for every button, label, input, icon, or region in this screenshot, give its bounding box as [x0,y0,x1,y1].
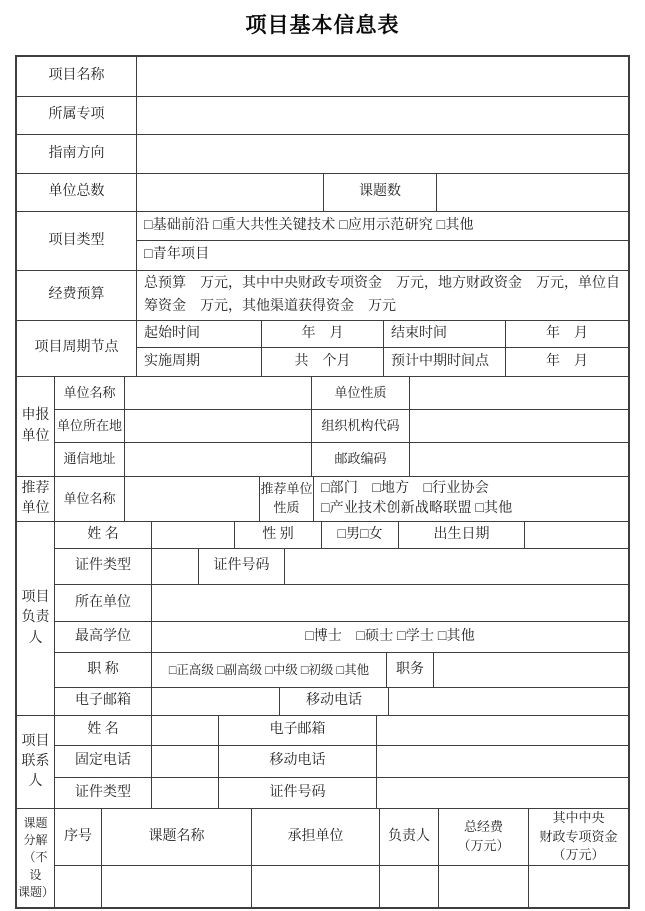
leader-birth-input[interactable] [525,522,628,548]
section-recommender-unit: 推荐 单位 单位名称 推荐单位 性质 □部门 □地方 □行业协会 □产业技术创新… [17,477,628,522]
recommender-name-label: 单位名称 [55,477,125,521]
row-special-project: 所属专项 [17,97,628,135]
start-time-label: 起始时间 [137,321,262,347]
leader-row-id: 证件类型 证件号码 [55,549,628,585]
leader-name-label: 姓 名 [55,522,152,548]
unit-total-label: 单位总数 [17,174,137,211]
budget-text[interactable]: 总预算 万元，其中中央财政专项资金 万元，地方财政资金 万元，单位自筹资金 万元… [137,271,628,320]
leader-row-degree: 最高学位 □博士 □硕士 □学士 □其他 [55,622,628,653]
project-name-input[interactable] [137,57,628,96]
row-guide-direction: 指南方向 [17,135,628,174]
contact-email-input[interactable] [377,716,628,745]
contact-landline-input[interactable] [152,746,219,777]
breakdown-header-leader: 负责人 [380,809,439,865]
timeline-label: 项目周期节点 [17,321,137,376]
breakdown-data-row [55,866,628,907]
project-name-label: 项目名称 [17,57,137,96]
leader-gender-label: 性 别 [235,522,322,548]
project-type-row-2: □青年项目 [137,241,628,270]
contact-id-no-input[interactable] [377,778,628,808]
contact-row-phone: 固定电话 移动电话 [55,746,628,778]
recommender-nature-label: 推荐单位 性质 [260,477,314,521]
row-timeline: 项目周期节点 起始时间 年 月 结束时间 年 月 实施周期 共 个月 预计中期时… [17,321,628,377]
contact-name-input[interactable] [152,716,219,745]
topic-breakdown-label: 课题 分解 （不设 课题） [17,809,55,907]
leader-title-options[interactable]: □正高级 □副高级 □中级 □初级 □其他 [152,653,387,687]
special-project-label: 所属专项 [17,97,137,134]
breakdown-header-undertaker: 承担单位 [252,809,380,865]
project-type-options[interactable]: □基础前沿 □重大共性关键技术 □应用示范研究 □其他 [137,212,628,240]
end-time-input[interactable]: 年 月 [506,321,628,347]
project-type-youth-option[interactable]: □青年项目 [137,241,628,270]
breakdown-undertaker-input[interactable] [252,866,380,907]
recommender-nature-options[interactable]: □部门 □地方 □行业协会 □产业技术创新战略联盟 □其他 [314,477,628,521]
org-code-label: 组织机构代码 [312,410,410,442]
contact-row-name: 姓 名 电子邮箱 [55,716,628,746]
leader-name-input[interactable] [152,522,235,548]
leader-birth-label: 出生日期 [399,522,525,548]
row-project-name: 项目名称 [17,57,628,97]
applicant-row-location: 单位所在地 组织机构代码 [55,410,628,443]
mail-address-input[interactable] [125,443,312,476]
project-type-row-1: □基础前沿 □重大共性关键技术 □应用示范研究 □其他 [137,212,628,241]
end-time-label: 结束时间 [384,321,506,347]
project-type-label: 项目类型 [17,212,137,270]
leader-id-type-label: 证件类型 [55,549,152,584]
section-topic-breakdown: 课题 分解 （不设 课题） 序号 课题名称 承担单位 负责人 总经费 （万元） … [17,809,628,907]
budget-label: 经费预算 [17,271,137,320]
contact-id-type-input[interactable] [152,778,219,808]
section-project-leader: 项目 负责 人 姓 名 性 别 □男□女 出生日期 证件类型 证件号码 所在单位 [17,522,628,716]
leader-email-label: 电子邮箱 [55,688,152,715]
breakdown-header-total-fund: 总经费 （万元） [439,809,529,865]
period-label: 实施周期 [137,348,262,376]
project-leader-label: 项目 负责 人 [17,522,55,715]
applicant-location-label: 单位所在地 [55,410,125,442]
breakdown-topic-name-input[interactable] [102,866,252,907]
contact-email-label: 电子邮箱 [219,716,377,745]
contact-mobile-label: 移动电话 [219,746,377,777]
applicant-unit-label: 申报 单位 [17,377,55,476]
section-applicant-unit: 申报 单位 单位名称 单位性质 单位所在地 组织机构代码 通信地址 邮政编码 [17,377,628,477]
mid-time-input[interactable]: 年 月 [506,348,628,376]
contact-name-label: 姓 名 [55,716,152,745]
guide-direction-input[interactable] [137,135,628,173]
breakdown-total-fund-input[interactable] [439,866,529,907]
row-unit-total: 单位总数 课题数 [17,174,628,212]
leader-mobile-label: 移动电话 [280,688,389,715]
leader-title-label: 职 称 [55,653,152,687]
applicant-row-address: 通信地址 邮政编码 [55,443,628,476]
leader-row-name: 姓 名 性 别 □男□女 出生日期 [55,522,628,549]
leader-degree-options[interactable]: □博士 □硕士 □学士 □其他 [152,622,628,652]
unit-total-input[interactable] [137,174,324,211]
leader-workunit-input[interactable] [152,585,628,621]
leader-email-input[interactable] [152,688,280,715]
leader-row-title: 职 称 □正高级 □副高级 □中级 □初级 □其他 职务 [55,653,628,688]
project-contact-label: 项目 联系 人 [17,716,55,808]
timeline-row-1: 起始时间 年 月 结束时间 年 月 [137,321,628,348]
leader-row-workunit: 所在单位 [55,585,628,622]
leader-row-email: 电子邮箱 移动电话 [55,688,628,715]
leader-id-type-input[interactable] [152,549,199,584]
org-code-input[interactable] [410,410,628,442]
timeline-row-2: 实施周期 共 个月 预计中期时间点 年 月 [137,348,628,376]
breakdown-header-central-fund: 其中中央 财政专项资金 （万元） [529,809,628,865]
contact-id-no-label: 证件号码 [219,778,377,808]
leader-id-no-input[interactable] [285,549,628,584]
special-project-input[interactable] [137,97,628,134]
applicant-name-input[interactable] [125,377,312,409]
mid-time-label: 预计中期时间点 [384,348,506,376]
contact-mobile-input[interactable] [377,746,628,777]
period-input[interactable]: 共 个月 [262,348,384,376]
section-project-contact: 项目 联系 人 姓 名 电子邮箱 固定电话 移动电话 证件类型 证件号码 [17,716,628,809]
row-project-type: 项目类型 □基础前沿 □重大共性关键技术 □应用示范研究 □其他 □青年项目 [17,212,628,271]
postal-code-label: 邮政编码 [312,443,410,476]
recommender-name-input[interactable] [125,477,260,521]
contact-landline-label: 固定电话 [55,746,152,777]
contact-id-type-label: 证件类型 [55,778,152,808]
breakdown-central-fund-input[interactable] [529,866,628,907]
row-budget: 经费预算 总预算 万元，其中中央财政专项资金 万元，地方财政资金 万元，单位自筹… [17,271,628,321]
topic-count-label: 课题数 [324,174,437,211]
leader-duty-label: 职务 [387,653,434,687]
unit-nature-label: 单位性质 [312,377,410,409]
leader-id-no-label: 证件号码 [199,549,285,584]
breakdown-seq-input[interactable] [55,866,102,907]
mail-address-label: 通信地址 [55,443,125,476]
guide-direction-label: 指南方向 [17,135,137,173]
leader-mobile-input[interactable] [389,688,628,715]
leader-gender-options[interactable]: □男□女 [322,522,399,548]
recommender-unit-label: 推荐 单位 [17,477,55,521]
postal-code-input[interactable] [410,443,628,476]
applicant-location-input[interactable] [125,410,312,442]
leader-workunit-label: 所在单位 [55,585,152,621]
project-info-form: 项目名称 所属专项 指南方向 单位总数 课题数 项目类型 □基础前沿 □重大共性… [15,55,630,909]
contact-row-id: 证件类型 证件号码 [55,778,628,808]
breakdown-header-topic-name: 课题名称 [102,809,252,865]
applicant-row-name: 单位名称 单位性质 [55,377,628,410]
unit-nature-input[interactable] [410,377,628,409]
applicant-name-label: 单位名称 [55,377,125,409]
breakdown-header-seq: 序号 [55,809,102,865]
breakdown-header-row: 序号 课题名称 承担单位 负责人 总经费 （万元） 其中中央 财政专项资金 （万… [55,809,628,866]
topic-count-input[interactable] [437,174,628,211]
leader-degree-label: 最高学位 [55,622,152,652]
leader-duty-input[interactable] [434,653,628,687]
breakdown-leader-input[interactable] [380,866,439,907]
start-time-input[interactable]: 年 月 [262,321,384,347]
page-title: 项目基本信息表 [0,0,645,39]
